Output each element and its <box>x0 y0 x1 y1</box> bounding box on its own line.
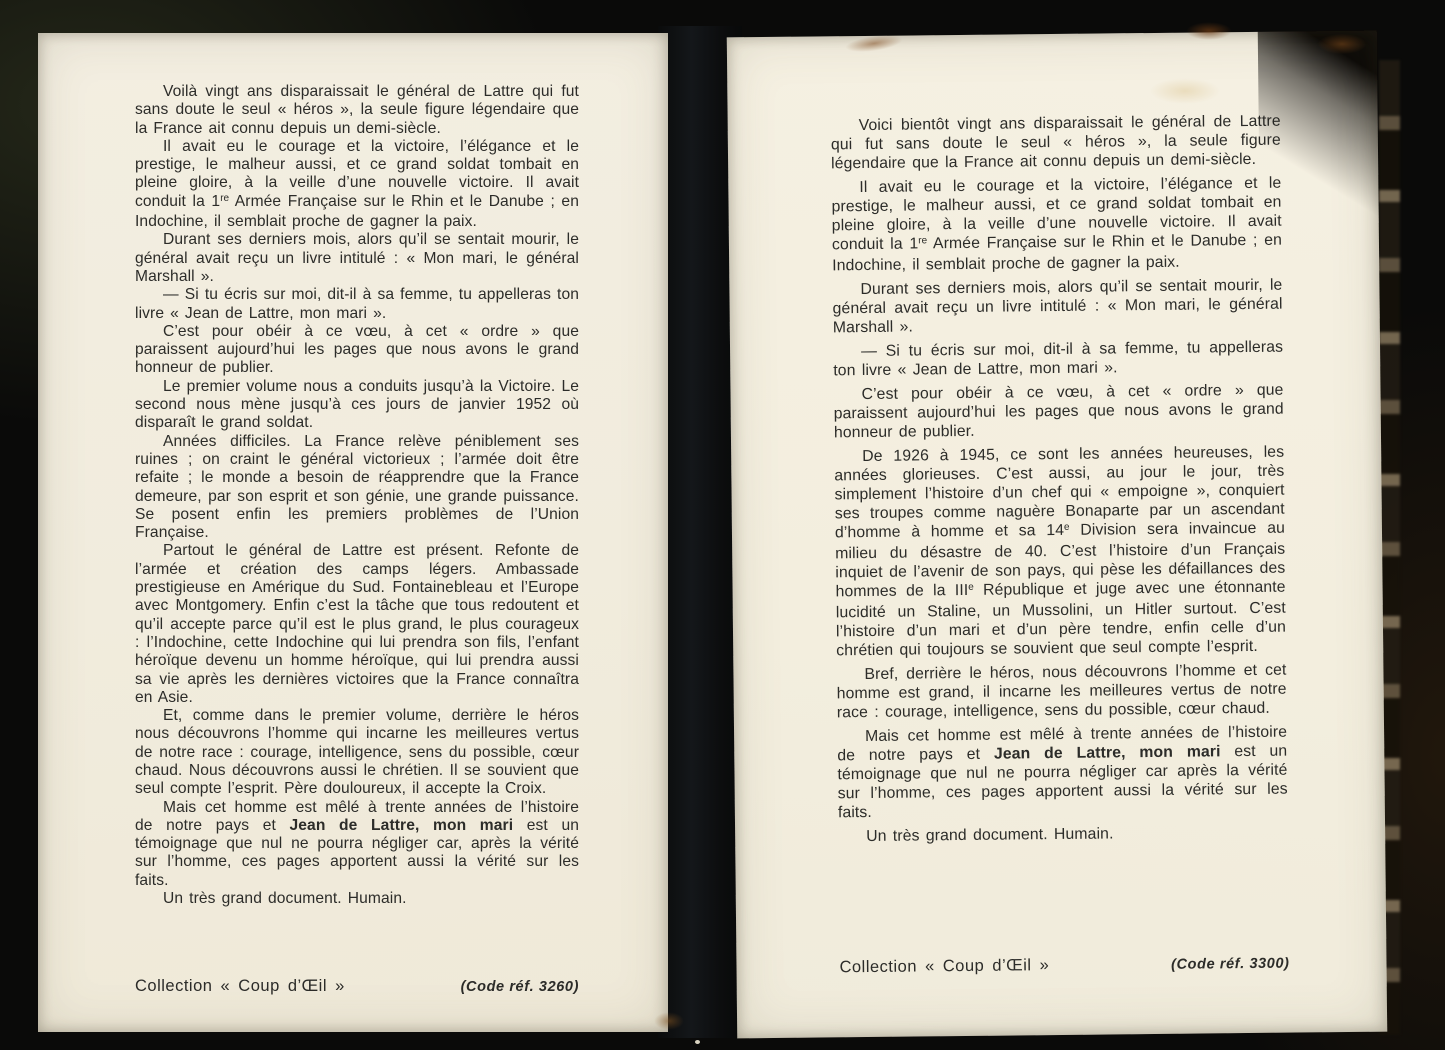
bold-book-title: Jean de Lattre, mon mari <box>994 743 1221 762</box>
paragraph: Il avait eu le courage et la victoire, l… <box>831 174 1282 276</box>
superscript: re <box>220 193 229 204</box>
paragraph: Le premier volume nous a conduits jusqu’… <box>135 378 579 433</box>
text-run: Durant ses derniers mois, alors qu’il se… <box>135 231 579 285</box>
left-back-cover: Voilà vingt ans disparaissait le général… <box>38 33 668 1032</box>
right-cover-text: Voici bientôt vingt ans disparaissait le… <box>831 112 1289 852</box>
text-run: Années difficiles. La France relève péni… <box>135 433 579 541</box>
paragraph: Années difficiles. La France relève péni… <box>135 433 579 543</box>
text-run: — Si tu écris sur moi, dit-il à sa femme… <box>135 286 579 321</box>
paragraph: Il avait eu le courage et la victoire, l… <box>135 138 579 231</box>
paragraph: De 1926 à 1945, ce sont les années heure… <box>834 443 1286 661</box>
text-run: C’est pour obéir à ce vœu, à cet « ordre… <box>834 382 1284 442</box>
superscript: e <box>968 582 974 593</box>
text-run: C’est pour obéir à ce vœu, à cet « ordre… <box>135 323 579 377</box>
paragraph: Voici bientôt vingt ans disparaissait le… <box>831 112 1282 174</box>
paragraph: Un très grand document. Humain. <box>135 890 579 908</box>
paragraph: Mais cet homme est mêlé à trente années … <box>837 723 1288 823</box>
paragraph: Bref, derrière le héros, nous découvrons… <box>836 661 1287 723</box>
paragraph: Durant ses derniers mois, alors qu’il se… <box>832 276 1283 338</box>
text-run: Bref, derrière le héros, nous découvrons… <box>837 662 1287 722</box>
paragraph: — Si tu écris sur moi, dit-il à sa femme… <box>135 286 579 323</box>
text-run: — Si tu écris sur moi, dit-il à sa femme… <box>833 339 1283 380</box>
bold-book-title: Jean de Lattre, mon mari <box>290 817 514 834</box>
paragraph: Voilà vingt ans disparaissait le général… <box>135 83 579 138</box>
superscript: re <box>918 235 927 246</box>
code-ref-label: (Code réf. 3260) <box>461 979 579 995</box>
paragraph: Durant ses derniers mois, alors qu’il se… <box>135 231 579 286</box>
text-run: Partout le général de Lattre est présent… <box>135 542 579 705</box>
right-back-cover: Voici bientôt vingt ans disparaissait le… <box>727 31 1387 1039</box>
superscript: e <box>1064 522 1070 533</box>
text-run: Et, comme dans le premier volume, derriè… <box>135 707 579 797</box>
left-cover-text: Voilà vingt ans disparaissait le général… <box>135 83 579 908</box>
paragraph: C’est pour obéir à ce vœu, à cet « ordre… <box>135 323 579 378</box>
text-run: Un très grand document. Humain. <box>866 825 1114 845</box>
right-cover-footer: Collection « Coup d’Œil » (Code réf. 330… <box>839 954 1289 978</box>
collection-label: Collection « Coup d’Œil » <box>839 956 1049 977</box>
text-run: Durant ses derniers mois, alors qu’il se… <box>833 277 1283 337</box>
paragraph: Mais cet homme est mêlé à trente années … <box>135 799 579 890</box>
text-run: Le premier volume nous a conduits jusqu’… <box>135 378 579 432</box>
stain <box>695 1040 700 1044</box>
collection-label: Collection « Coup d’Œil » <box>135 977 345 996</box>
left-cover-footer: Collection « Coup d’Œil » (Code réf. 326… <box>135 977 579 996</box>
text-run: Voici bientôt vingt ans disparaissait le… <box>831 113 1281 173</box>
paragraph: C’est pour obéir à ce vœu, à cet « ordre… <box>833 381 1284 443</box>
text-run: Un très grand document. Humain. <box>163 890 407 907</box>
paragraph: Un très grand document. Humain. <box>838 823 1288 847</box>
text-run: Voilà vingt ans disparaissait le général… <box>135 83 579 137</box>
paragraph: — Si tu écris sur moi, dit-il à sa femme… <box>833 338 1283 381</box>
photo-of-two-book-back-covers: Voilà vingt ans disparaissait le général… <box>0 0 1445 1050</box>
code-ref-label: (Code réf. 3300) <box>1171 956 1290 973</box>
paragraph: Et, comme dans le premier volume, derriè… <box>135 707 579 798</box>
paragraph: Partout le général de Lattre est présent… <box>135 542 579 707</box>
